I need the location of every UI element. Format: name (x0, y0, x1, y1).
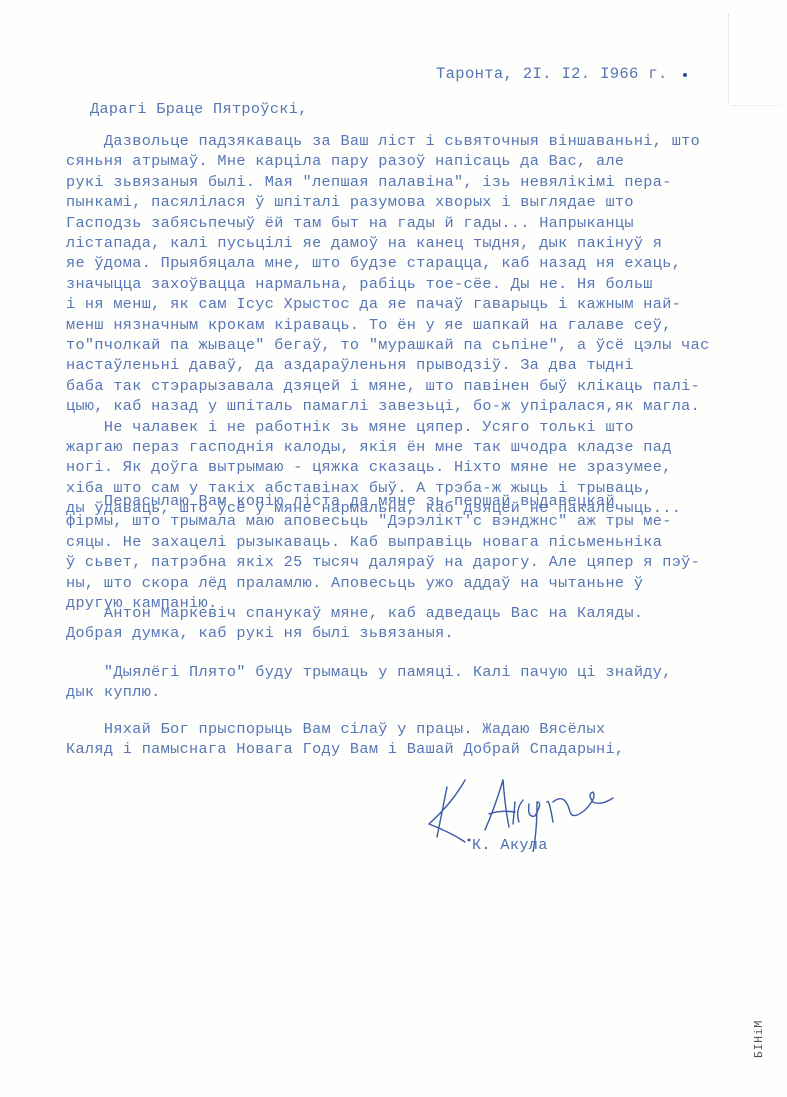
letter-line: ў сьвет, патрэбна якіх 25 тысяч даляраў … (66, 552, 700, 572)
letter-line: цыю, каб назад у шпіталь памаглі завезьц… (66, 396, 700, 416)
letter-line: Дазвольце падзякаваць за Ваш ліст і сьвя… (66, 131, 700, 151)
letter-line: лістапада, калі пусьцілі яе дамоў на кан… (66, 233, 662, 253)
salutation: Дарагі Браце Пятроўскі, (90, 99, 308, 119)
archive-stamp: БІНіМ (752, 1020, 765, 1058)
letter-line: жаргаю пераз гасподнія калоды, якія ён м… (66, 437, 672, 457)
letter-line: то"пчолкай па жываце" бегаў, то "мурашка… (66, 335, 710, 355)
letter-line: Няхай Бог прыспорыць Вам сілаў у працы. … (66, 719, 605, 739)
letter-line: рукі зьвязаныя былі. Мая "лепшая палавін… (66, 172, 672, 192)
letter-line: значыцца захоўвацца нармальна, рабіць то… (66, 274, 653, 294)
margin-mark (728, 14, 730, 104)
letter-line: пынкамі, пасялілася ў шпіталі разумова х… (66, 192, 634, 212)
letter-line: Каляд і памыснага Новага Году Вам і Ваша… (66, 739, 624, 759)
letter-line: ногі. Як доўга вытрымаю - цяжка сказаць.… (66, 457, 672, 477)
letter-line: Антон Маркевіч спанукаў мяне, каб адведа… (66, 603, 643, 623)
letter-line: "Дыялёгі Плято" буду трымаць у памяці. К… (66, 662, 672, 682)
ink-dot (683, 73, 687, 77)
letter-line: менш нязначным крокам кіраваць. То ён у … (66, 315, 672, 335)
letter-line: Добрая думка, каб рукі ня былі зьвязаныя… (66, 623, 454, 643)
typed-signature: К. Акула (472, 835, 548, 855)
letter-line: Перасылаю Вам копію ліста да мяне зь пер… (66, 491, 615, 511)
letter-line: дык куплю. (66, 682, 161, 702)
letter-line: Гасподзь забясьпечыў ёй там быт на гады … (66, 213, 634, 233)
letter-line: яе ўдома. Прыябяцала мне, што будзе стар… (66, 253, 681, 273)
letter-line: сяцы. Не захацелі рызыкаваць. Каб выправ… (66, 532, 662, 552)
letter-line: настаўленьні даваў, да аздараўленьня пры… (66, 355, 634, 375)
letter-line: ны, што скора лёд праламлю. Аповесьць уж… (66, 573, 643, 593)
letter-line: Не чалавек і не работнік зь мяне цяпер. … (66, 417, 634, 437)
margin-mark (732, 105, 780, 106)
place-date: Таронта, 2I. I2. I966 г. (436, 64, 668, 84)
letter-page: Таронта, 2I. I2. I966 г. Дарагі Браце Пя… (0, 0, 787, 1097)
letter-line: сяньня атрымаў. Мне карціла пару разоў н… (66, 151, 624, 171)
letter-line: фірмы, што трымала маю аповесьць "Дэрэлі… (66, 511, 672, 531)
letter-line: баба так стэрарызавала дзяцей і мяне, шт… (66, 376, 700, 396)
letter-line: і ня менш, як сам Ісус Хрыстос да яе пач… (66, 294, 681, 314)
